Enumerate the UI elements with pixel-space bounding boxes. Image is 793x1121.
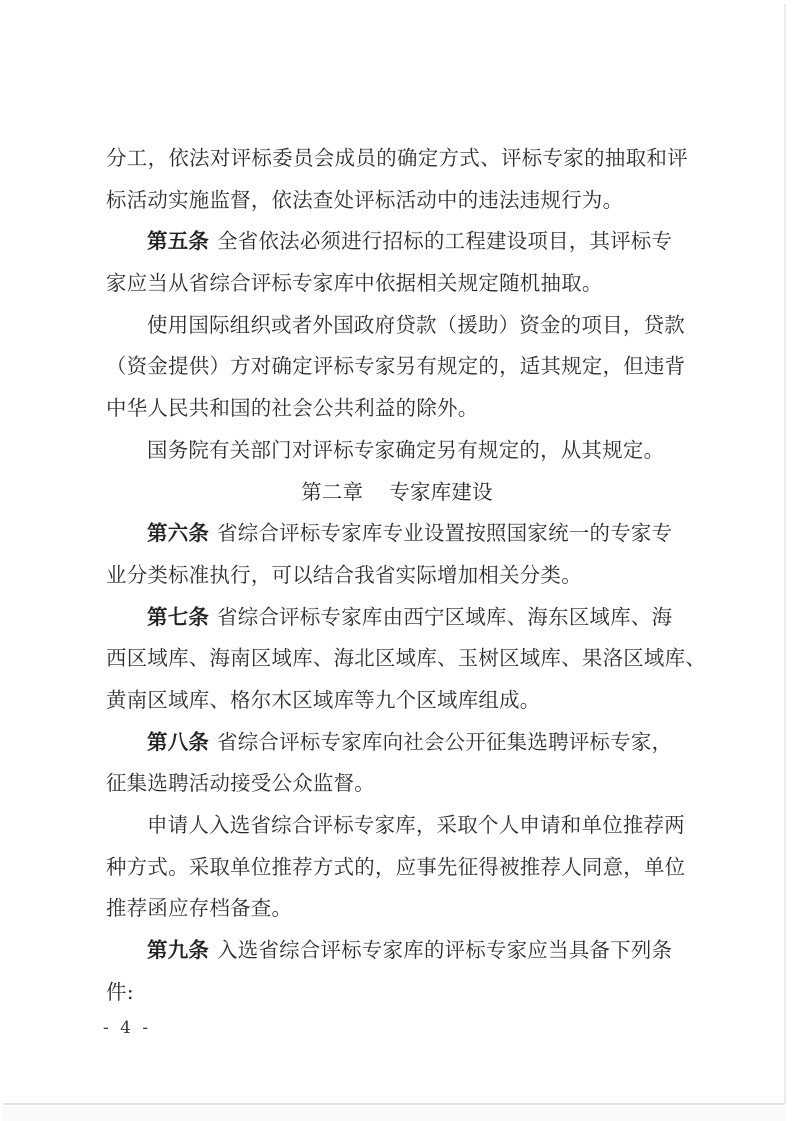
text-line: （资金提供）方对确定评标专家另有规定的，适其规定，但违背: [106, 346, 688, 388]
paragraph-line: 申请人入选省综合评标专家库，采取个人申请和单位推荐两: [106, 805, 688, 847]
article-label: 第五条: [147, 229, 209, 253]
article-7: 第七条省综合评标专家库由西宁区域库、海东区域库、海: [106, 597, 688, 639]
page-edge-shadow: [3, 1106, 785, 1121]
text-line: 西区域库、海南区域库、海北区域库、玉树区域库、果洛区域库、: [106, 638, 688, 680]
article-text: 省综合评标专家库向社会公开征集选聘评标专家，: [217, 730, 672, 754]
article-text: 省综合评标专家库专业设置按照国家统一的专家专: [217, 521, 672, 545]
article-6: 第六条省综合评标专家库专业设置按照国家统一的专家专: [106, 513, 688, 555]
article-9: 第九条入选省综合评标专家库的评标专家应当具备下列条: [106, 930, 688, 972]
page-edge-bottom: [3, 1103, 785, 1105]
document-page: 分工，依法对评标委员会成员的确定方式、评标专家的抽取和评 标活动实施监督，依法查…: [0, 0, 793, 1121]
text-line: 业分类标准执行，可以结合我省实际增加相关分类。: [106, 555, 688, 597]
article-label: 第七条: [147, 605, 209, 629]
text-line: 分工，依法对评标委员会成员的确定方式、评标专家的抽取和评: [106, 138, 688, 180]
page-edge-right: [784, 4, 786, 1104]
paragraph-line: 使用国际组织或者外国政府贷款（援助）资金的项目，贷款: [106, 305, 688, 347]
text-line: 黄南区域库、格尔木区域库等九个区域库组成。: [106, 680, 688, 722]
article-label: 第六条: [147, 521, 209, 545]
document-body: 分工，依法对评标委员会成员的确定方式、评标专家的抽取和评 标活动实施监督，依法查…: [106, 138, 688, 1013]
article-8: 第八条省综合评标专家库向社会公开征集选聘评标专家，: [106, 722, 688, 764]
chapter-title: 专家库建设: [389, 480, 492, 504]
text-line: 中华人民共和国的社会公共利益的除外。: [106, 388, 688, 430]
article-text: 全省依法必须进行招标的工程建设项目，其评标专: [217, 229, 672, 253]
text-line: 征集选聘活动接受公众监督。: [106, 763, 688, 805]
text-line: 件:: [106, 972, 688, 1014]
text-line: 推荐函应存档备查。: [106, 888, 688, 930]
article-5: 第五条全省依法必须进行招标的工程建设项目，其评标专: [106, 221, 688, 263]
text-line: 家应当从省综合评标专家库中依据相关规定随机抽取。: [106, 263, 688, 305]
article-label: 第九条: [147, 938, 209, 962]
text-line: 标活动实施监督，依法查处评标活动中的违法违规行为。: [106, 180, 688, 222]
article-text: 省综合评标专家库由西宁区域库、海东区域库、海: [217, 605, 672, 629]
chapter-number: 第二章: [301, 480, 363, 504]
page-number: - 4 -: [103, 1018, 151, 1038]
article-text: 入选省综合评标专家库的评标专家应当具备下列条: [217, 938, 672, 962]
paragraph-line: 国务院有关部门对评标专家确定另有规定的，从其规定。: [106, 430, 688, 472]
article-label: 第八条: [147, 730, 209, 754]
chapter-heading: 第二章专家库建设: [106, 472, 688, 514]
text-line: 种方式。采取单位推荐方式的，应事先征得被推荐人同意，单位: [106, 847, 688, 889]
